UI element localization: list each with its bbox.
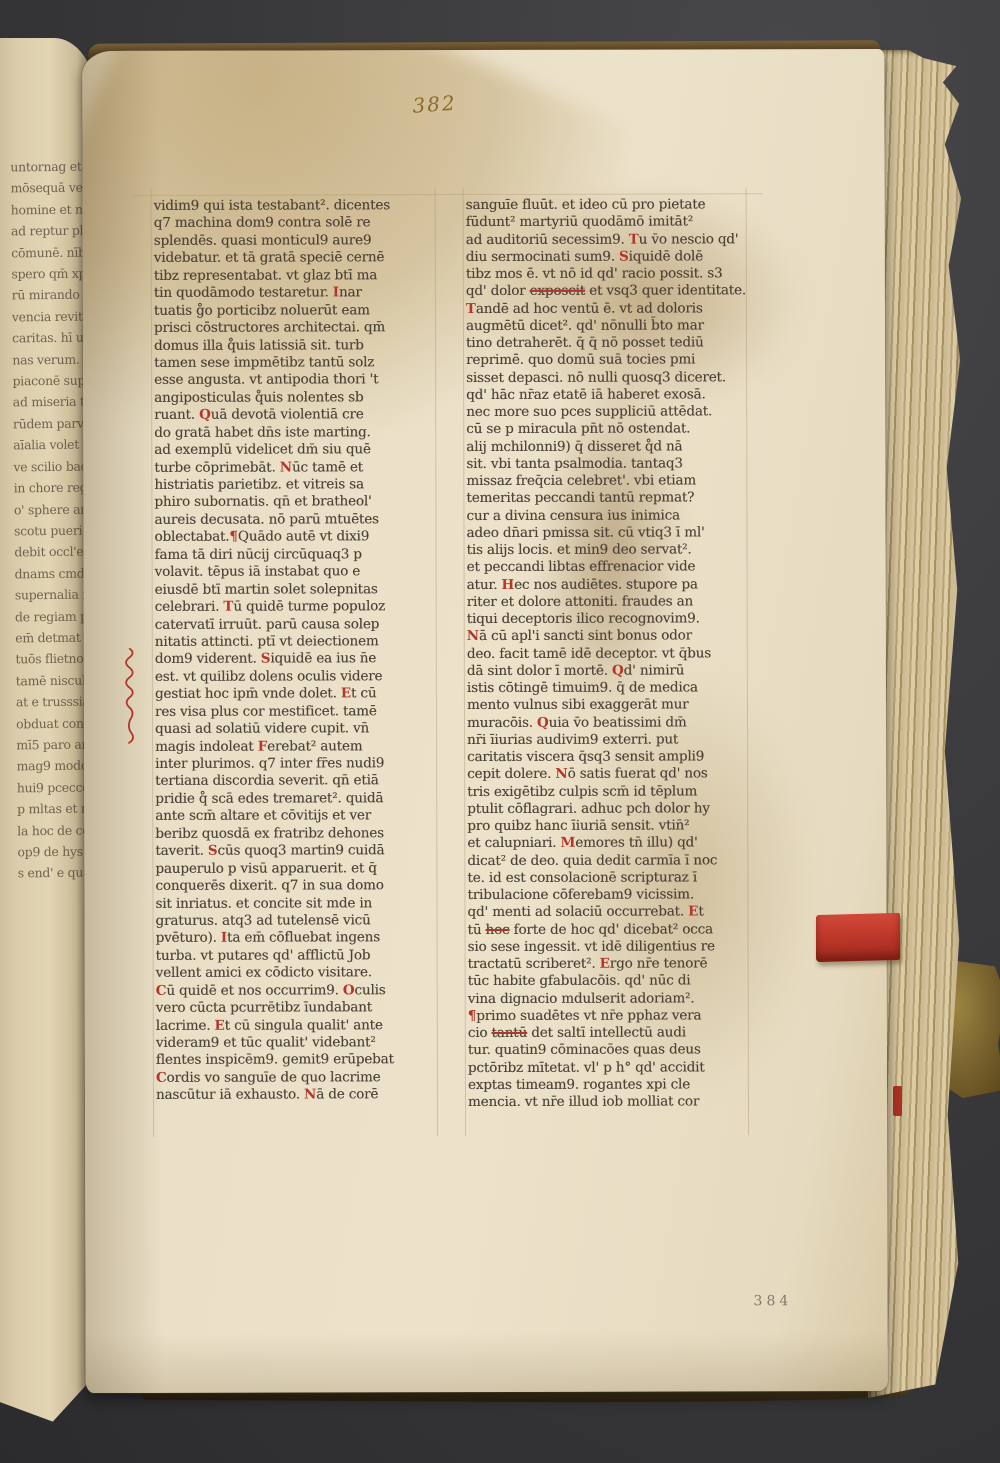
text-line: nr̄i īiurias audivim9 exterri. put	[467, 731, 753, 749]
text-line: tūc habite gfabulacōis. qd' nūc di	[468, 973, 754, 991]
text-line: taverit. Scūs quoq3 martin9 cuidā	[155, 842, 441, 860]
text-line: turbe cōprimebāt. Nūc tamē et	[154, 459, 440, 477]
facing-text-fragment: dnams cmdval hui	[14, 562, 88, 584]
text-line: tris exigētibz culpis scm̄ id tēplum	[467, 783, 753, 801]
text-line: sit inriatus. et concite sit mde in	[155, 895, 441, 913]
text-line: reprimē. quo domū suā tocies pmi	[466, 352, 752, 370]
facing-text-fragment: tamē niscul9 y la	[16, 669, 90, 691]
text-line: beribz quosdā ex fratribz dehones	[155, 825, 441, 843]
text-line: res visa plus cor mestificet. tamē	[155, 703, 441, 721]
facing-text-fragment: em̄ detmat ang b	[15, 627, 89, 649]
facing-text-fragment: obduat con ad se	[16, 712, 90, 734]
folio-number-top: 382	[412, 91, 458, 118]
text-line: tis alijs locis. et min9 deo servat².	[467, 541, 753, 559]
facing-text-fragment: nas verum. amē	[12, 348, 86, 370]
text-line: conquerēs dixerit. q7 in sua domo	[155, 877, 441, 895]
text-line: vina dignacio mdulserit adoriam².	[468, 990, 754, 1008]
text-line: vidim9 qui ista testabant². dicentes	[154, 197, 440, 215]
facing-text-fragment: scotu pueri dimid	[14, 520, 88, 542]
red-bookmark-sliver	[893, 1086, 902, 1116]
text-line: pauperulo p visū apparuerit. et q̄	[155, 860, 441, 878]
text-line: riter et dolore attoniti. fraudes an	[467, 593, 753, 611]
text-line: nascūtur iā exhausto. Nā de corē	[156, 1086, 442, 1104]
text-line: celebrari. Tū quidē turme populoz	[155, 598, 441, 616]
facing-text-fragment: rūdem parvule hςl	[13, 413, 87, 435]
facing-text-fragment: de regiam pulchi	[15, 605, 89, 627]
text-line: tractatū scriberet². Ergo nr̄e tenorē	[468, 955, 754, 973]
text-line: augmētū dicet². qd' nōnulli b̄to mar	[466, 317, 752, 335]
text-line: caritatis viscera q̄sq3 sensit ampli9	[467, 748, 753, 766]
text-line: fūdunt² martyriū quodāmō imitāt²	[466, 214, 752, 232]
text-line: diu sermocinati sum9. Siquidē dolē	[466, 248, 752, 266]
text-line: gestiat hoc ipm̄ vnde dolet. Et cū	[155, 685, 441, 703]
text-line: te. id est consolacionē scripturaz ī	[467, 869, 753, 887]
text-line: pro quibz hanc īiuriā sensit. vtin̄²	[467, 817, 753, 835]
text-line: cur a divina censura ius inimica	[466, 507, 752, 525]
text-line: nitatis attincti. ptī vt deiectionem	[155, 633, 441, 651]
facing-text-fragment: mag9 modo sacī a	[16, 755, 90, 777]
facing-text-fragment: caritas. hī ut vir	[12, 327, 86, 349]
text-line: alij mchilonni9) q̄ disseret q̊d nā	[466, 438, 752, 456]
facing-text-fragment: supernalia ne an	[15, 584, 89, 606]
text-line: esse angusta. vt antipodia thori 't	[154, 371, 440, 389]
facing-text-fragment: at e trusssia vero	[16, 691, 90, 713]
page-bottom-shadow	[86, 1331, 888, 1393]
text-line: tribulacione cōferebam9 vicissim.	[467, 886, 753, 904]
text-line: et peccandi libtas effrenacior vide	[467, 559, 753, 577]
text-line: pctōribz mītetat. vl' p h° qd' accidit	[468, 1059, 754, 1077]
text-line: q7 machina dom9 contra solē re	[154, 215, 440, 233]
text-line: graturus. atq3 ad tutelensē vicū	[156, 912, 442, 930]
text-line: ruant. Quā devotā violentiā cre	[154, 406, 440, 424]
text-line: tibz representabat. vt glaz btī ma	[154, 267, 440, 285]
text-line: videram9 et tūc qualit' videbant²	[156, 1034, 442, 1052]
text-line: splendēs. quasi monticul9 aure9	[154, 232, 440, 250]
text-line: Nā cū apl'i sancti sint bonus odor	[467, 628, 753, 646]
facing-text-fragment: rū mirando vīlia	[12, 284, 86, 306]
text-line: sit. vbi tanta psalmodia. tantaq3	[466, 455, 752, 473]
text-line: dā sint dolor ī mortē. Qd' nimirū	[467, 662, 753, 680]
text-line: pvēturo). Ita em̄ cōfluebat ingens	[156, 929, 442, 947]
text-line: catervatī irruūt. parū causa solep	[155, 616, 441, 634]
text-line: Cordis vo sanguīe de quo lacrime	[156, 1069, 442, 1087]
text-line: quasi ad solatiū videre cupit. vn̄	[155, 720, 441, 738]
text-line: angiposticulas q̊uis nolentes sb	[154, 389, 440, 407]
text-line: eiusdē btī martin solet solepnitas	[155, 581, 441, 599]
text-line: sisset depasci. nō nulli quosq3 diceret.	[466, 369, 752, 387]
facing-text-fragment: hui9 pceccōz de si	[17, 776, 91, 798]
text-line: tino detraherēt. q̄ q̄ nō posset tediū	[466, 334, 752, 352]
text-line: tur. quatin9 cōminacōes quas deus	[468, 1042, 754, 1060]
text-line: vero cūcta pcurrētibz īundabant	[156, 999, 442, 1017]
text-line: sio sese ingessit. vt idē diligentius re	[468, 938, 754, 956]
text-line: videbatur. et tā gratā speciē cernē	[154, 249, 440, 267]
text-line: dom9 viderent. Siquidē ea ius n̄e	[155, 650, 441, 668]
text-line: mento vulnus sibi exaggerāt mur	[467, 697, 753, 715]
text-line: tertiana discordia severit. qn̄ etiā	[155, 773, 441, 791]
text-line: domus illa q̊uis latissiā sit. turb	[154, 337, 440, 355]
facing-text-fragment: debit occl'es niq3	[14, 541, 88, 563]
facing-text-fragment: ad reptur plaune	[11, 220, 85, 242]
facing-text-fragment: cōmunē. nībz tralit	[11, 241, 85, 263]
text-line: ptulit cōflagrari. adhuc pch dolor hy	[467, 800, 753, 818]
text-line: istis cōtingē timuim9. q̄ de medica	[467, 679, 753, 697]
text-line: tin quodāmodo testaretur. Inar	[154, 284, 440, 302]
text-line: turba. vt putares qd' afflictū Job	[156, 947, 442, 965]
text-line: tibz mos ē. vt nō id qd' racio possit. s…	[466, 265, 752, 283]
text-line: cio tantū det saltī intellectū audi	[468, 1024, 754, 1042]
right-column: sanguīe fluūt. et ideo cū pro pietatefūd…	[466, 196, 754, 1111]
facing-text-fragment: ve scilio bachs no	[13, 455, 87, 477]
text-line: tuatis g̊o porticibz noluerūt eam	[154, 302, 440, 320]
text-line: phiro subornatis. qn̄ et bratheol'	[154, 494, 440, 512]
left-column: vidim9 qui ista testabant². dicentesq7 m…	[154, 197, 442, 1104]
text-line: dicat² de deo. quia dedit carmīa ī noc	[467, 852, 753, 870]
text-line: mencia. vt nr̄e illud iob molliat cor	[468, 1093, 754, 1111]
text-line: magis indoleat Ferebat² autem	[155, 738, 441, 756]
facing-text-fragment: homine et nichil hec	[11, 198, 85, 220]
text-line: pridie q̊ scā edes tremaret². quidā	[155, 790, 441, 808]
facing-text-fragment: o' sphere amicis	[14, 498, 88, 520]
red-bookmark-tab	[816, 913, 900, 962]
text-line: oblectabat.¶Quādo autē vt dixi9	[154, 528, 440, 546]
facing-text-fragment: la hoc de cecil s	[17, 819, 91, 841]
text-line: prisci cōstructores architectai. qm̄	[154, 319, 440, 337]
manuscript-photo: untornag et ru vechmōsequā vener uhomine…	[0, 0, 1000, 1463]
text-line: histriatis parietibz. et vitreis sa	[154, 476, 440, 494]
text-line: ad auditoriū secessim9. Tu v̄o nescio qd…	[466, 231, 752, 249]
text-line: vellent amici ex cōdicto visitare.	[156, 964, 442, 982]
text-line: ante scm̄ altare et cōvitijs et ver	[155, 807, 441, 825]
facing-text-fragment: piaconē supray q̊ n	[12, 370, 86, 392]
text-line: tū hoc forte de hoc qd' dicebat² occa	[468, 921, 754, 939]
text-line: missaz freq̄cia celebret'. vbi etiam	[466, 472, 752, 490]
text-line: Tandē ad hoc ventū ē. vt ad doloris	[466, 300, 752, 318]
folio-number-bottom: 384	[753, 1293, 792, 1309]
facing-text-fragment: aīalia volet sup	[13, 434, 87, 456]
facing-page-edge: untornag et ru vechmōsequā vener uhomine…	[0, 38, 96, 1430]
text-line: nec more suo pces suppliciū attēdat.	[466, 403, 752, 421]
text-line: exptas timeam9. rogantes xpi cle	[468, 1076, 754, 1094]
facing-text-fragment: spero qm̄ xpi s bris	[11, 263, 85, 285]
text-line: lacrime. Et cū singula qualit' ante	[156, 1017, 442, 1035]
facing-text-fragment: ad miseria ten b	[13, 391, 87, 413]
text-line: volavit. tēpus iā instabat quo e	[155, 563, 441, 581]
text-line: tamen sese impmētibz tantū solz	[154, 354, 440, 372]
text-line: sanguīe fluūt. et ideo cū pro pietate	[466, 196, 752, 214]
facing-text-fragment: vencia revite obq	[12, 305, 86, 327]
text-line: qd' menti ad solaciū occurrebat. Et	[467, 904, 753, 922]
manuscript-page: 382 384 vidim9 qui ista testabant². dice…	[82, 49, 888, 1393]
text-line: deo. facit tamē idē deceptor. vt q̄bus	[467, 645, 753, 663]
text-line: temeritas peccandi tantū repmat?	[466, 490, 752, 508]
facing-text-fragment: op9 de hys pndin	[17, 841, 91, 863]
text-line: muracōis. Quia v̄o beatissimi dm̄	[467, 714, 753, 732]
text-line: qd' dolor exposcit et vsq3 quer identita…	[466, 283, 752, 301]
text-line: ad exemplū videlicet dm̄ siu quē	[154, 441, 440, 459]
text-line: aureis decusata. nō parū mtuētes	[154, 511, 440, 529]
text-line: et calupniari. Memores tn̄ illu) qd'	[467, 835, 753, 853]
text-line: cepit dolere. Nō satis fuerat qd' nos	[467, 766, 753, 784]
facing-text-fragment: mōsequā vener u	[10, 177, 84, 199]
text-line: adeo dn̄ari pmissa sit. cū vtiq3 ī ml'	[466, 524, 752, 542]
text-line: do gratā habet dn̄s iste marting.	[154, 424, 440, 442]
text-line: tiqui deceptoris ilico recognovim9.	[467, 610, 753, 628]
text-line: Cū quidē et nos occurrim9. Oculis	[156, 982, 442, 1000]
text-line: fama tā diri nūcij circūquaq3 p	[155, 546, 441, 564]
red-nota-squiggle-icon	[122, 647, 138, 747]
text-line: flentes inspicēm9. gemit9 erūpebat	[156, 1052, 442, 1070]
text-line: ¶primo suadētes vt nr̄e pphaz vera	[468, 1007, 754, 1025]
facing-text-fragment: mī5 paro andubz	[16, 734, 90, 756]
facing-text-fragment: in chore regni si	[14, 477, 88, 499]
text-line: cū se p miracula pn̄t nō ostendat.	[466, 421, 752, 439]
facing-text-fragment: p mltas et misas	[17, 798, 91, 820]
facing-text-fragment: s end' e quali9	[18, 862, 92, 884]
text-line: inter plurimos. q7 inter fr̄es nudi9	[155, 755, 441, 773]
text-line: qd' hāc nr̄az etatē iā haberet exosā.	[466, 386, 752, 404]
text-line: atur. Hec nos audiētes. stupore pa	[467, 576, 753, 594]
facing-text-fragment: tuōs flietnosiū	[15, 648, 89, 670]
text-line: est. vt quilibz dolens oculis videre	[155, 668, 441, 686]
facing-text-fragment: untornag et ru vech	[10, 156, 84, 178]
